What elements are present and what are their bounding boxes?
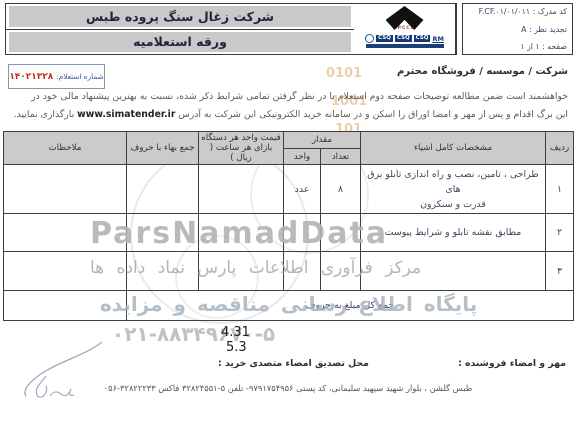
qty-cell <box>321 252 361 291</box>
col-header-row-no: ردیف <box>546 132 574 165</box>
col-header-quantity-group: مقدار <box>284 132 361 149</box>
col-header-unit-price: قیمت واحد هر دستگاه بازای هر ساعت ( ریال… <box>199 132 284 165</box>
notes-cell <box>4 252 127 291</box>
rm-badge: RM <box>432 35 443 43</box>
qty-cell: ۸ <box>321 165 361 214</box>
table-row: ۲ مطابق نقشه تابلو و شرایط پیوست <box>4 214 574 252</box>
notes-cell <box>4 214 127 252</box>
company-logo: TPCCO CSQ CSQ CSQ RM <box>354 4 456 54</box>
row-no-cell: ۳ <box>546 252 574 291</box>
notes-cell <box>4 165 127 214</box>
table-row: ۳ <box>4 252 574 291</box>
items-table: ردیف مشخصات کامل اشیاء مقدار قیمت واحد ه… <box>3 131 574 321</box>
total-cell <box>127 214 199 252</box>
watermark-digits: 0101 <box>326 66 362 81</box>
doc-code-line: کد مدرک : F.CF.۰۱/۰۱/۰۱۱ <box>468 7 567 16</box>
unit-cell <box>284 252 321 291</box>
grand-total-label: جمع کل مبلغ به حروف <box>127 291 574 321</box>
header-titles: شرکت زغال سنگ پروده طبس ورقه استعلامیه <box>6 4 354 54</box>
document-title: ورقه استعلامیه <box>9 32 351 53</box>
company-address: طبس گلشن ، بلوار شهید سپهبد سلیمانی، کد … <box>0 383 576 393</box>
col-header-count: تعداد <box>321 149 361 165</box>
col-header-notes: ملاحظات <box>4 132 127 165</box>
intro-paragraph: خواهشمند است ضمن مطالعه توضیحات صفحه دوم… <box>8 88 568 124</box>
certification-badges: CSQ CSQ CSQ RM <box>365 34 444 43</box>
cert-strip-bar <box>366 44 444 48</box>
spec-cell: مطابق نقشه تابلو و شرایط پیوست <box>361 214 546 252</box>
grand-total-row: جمع کل مبلغ به حروف <box>4 291 574 321</box>
document-header: TPCCO CSQ CSQ CSQ RM شرکت زغال سنگ پروده… <box>5 3 457 55</box>
col-header-unit: واحد <box>284 149 321 165</box>
spec-cell <box>361 252 546 291</box>
handwritten-value-2: 5.3 <box>226 340 247 355</box>
inquiry-number-label: شماره استعلام: <box>56 72 103 81</box>
csq-badge: CSQ <box>395 35 412 43</box>
csq-badge: CSQ <box>414 35 431 43</box>
intro-line-1: خواهشمند است ضمن مطالعه توضیحات صفحه دوم… <box>8 88 568 106</box>
price-cell <box>199 252 284 291</box>
qty-cell <box>321 214 361 252</box>
inquiry-form-page: 0101 1001 101 10 TPCCO CSQ CSQ CSQ RM شر… <box>0 0 576 426</box>
table-row: ۱ طراحی ، تامین، نصب و راه اندازی تابلو … <box>4 165 574 214</box>
document-code-box: کد مدرک : F.CF.۰۱/۰۱/۰۱۱ تجدید نظر : A ص… <box>462 3 573 55</box>
csq-badge: CSQ <box>376 35 393 43</box>
watermark-phone: ۰۲۱-۸۸۳۴۹۶۷۰-۵ <box>112 322 275 346</box>
handwritten-signature <box>12 336 107 411</box>
row-no-cell: ۲ <box>546 214 574 252</box>
price-cell <box>199 214 284 252</box>
inquiry-number-value: ۱۴۰۲۱۳۲۸ <box>9 72 53 82</box>
grand-total-notes-cell <box>4 291 127 321</box>
spec-cell: طراحی ، تامین، نصب و راه اندازی تابلو بر… <box>361 165 546 214</box>
price-cell <box>199 165 284 214</box>
buyer-signature-label: محل تصدیق امضاء متصدی خرید : <box>218 358 369 369</box>
row-no-cell: ۱ <box>546 165 574 214</box>
company-title: شرکت زغال سنگ پروده طبس <box>9 6 351 27</box>
revision-line: تجدید نظر : A <box>468 25 567 34</box>
seller-signature-label: مهر و امضاء فروشنده : <box>458 358 566 369</box>
intro-line-2: این برگ اقدام و پس از مهر و امضا اوراق ر… <box>8 106 568 124</box>
cert-circle-icon <box>365 34 374 43</box>
col-header-total-words: جمع بهاء با حروف <box>127 132 199 165</box>
recipient-line: شرکت / موسسه / فروشگاه محترم <box>397 66 568 77</box>
inquiry-number-box: شماره استعلام: ۱۴۰۲۱۳۲۸ <box>8 64 105 89</box>
page-number-line: صفحه : ۱ از ۱ <box>468 42 567 51</box>
unit-cell <box>284 214 321 252</box>
handwritten-value-1: 4.31 <box>221 325 250 340</box>
col-header-spec: مشخصات کامل اشیاء <box>361 132 546 165</box>
total-cell <box>127 252 199 291</box>
unit-cell: عدد <box>284 165 321 214</box>
total-cell <box>127 165 199 214</box>
website-link: www.simatender.ir <box>77 109 175 120</box>
